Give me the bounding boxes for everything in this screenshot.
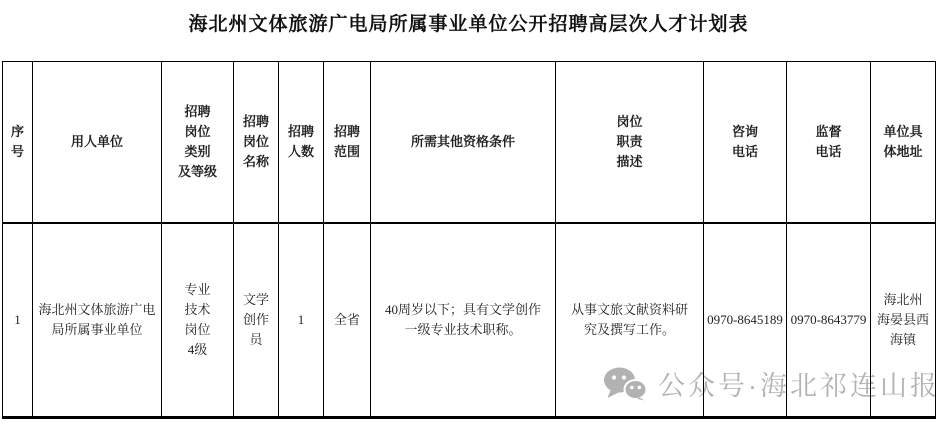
col-header-post-name: 招聘 岗位 名称 <box>234 62 279 223</box>
page-title: 海北州文体旅游广电局所属事业单位公开招聘高层次人才计划表 <box>0 9 937 36</box>
col-header-serial-number: 序 号 <box>3 62 33 223</box>
cell-post-category-grade: 专业 技术 岗位 4级 <box>162 223 234 418</box>
document-page: 海北州文体旅游广电局所属事业单位公开招聘高层次人才计划表 序 号 用人单位 招聘… <box>0 0 937 424</box>
cell-recruit-scope: 全省 <box>324 223 371 418</box>
col-header-supervision-phone: 监督 电话 <box>787 62 871 223</box>
cell-unit-address: 海北州 海晏县西 海镇 <box>871 223 936 418</box>
cell-post-name: 文学 创作 员 <box>234 223 279 418</box>
col-header-recruit-scope: 招聘 范围 <box>324 62 371 223</box>
cell-job-duties: 从事文旅文献资料研 究及撰写工作。 <box>556 223 704 418</box>
col-header-unit-address: 单位具 体地址 <box>871 62 936 223</box>
cell-other-qualifications: 40周岁以下；具有文学创作 一级专业技术职称。 <box>371 223 556 418</box>
recruitment-plan-table: 序 号 用人单位 招聘 岗位 类别 及等级 招聘 岗位 名称 招聘 人数 招聘 … <box>2 61 936 419</box>
table-row: 1 海北州文体旅游广电 局所属事业单位 专业 技术 岗位 4级 文学 创作 员 … <box>3 223 936 418</box>
cell-serial-number: 1 <box>3 223 33 418</box>
col-header-headcount: 招聘 人数 <box>279 62 324 223</box>
table-header-row: 序 号 用人单位 招聘 岗位 类别 及等级 招聘 岗位 名称 招聘 人数 招聘 … <box>3 62 936 223</box>
col-header-employer: 用人单位 <box>33 62 162 223</box>
col-header-inquiry-phone: 咨询 电话 <box>704 62 787 223</box>
cell-employer: 海北州文体旅游广电 局所属事业单位 <box>33 223 162 418</box>
cell-supervision-phone: 0970-8643779 <box>787 223 871 418</box>
cell-headcount: 1 <box>279 223 324 418</box>
col-header-other-qualifications: 所需其他资格条件 <box>371 62 556 223</box>
cell-inquiry-phone: 0970-8645189 <box>704 223 787 418</box>
col-header-job-duties: 岗位 职责 描述 <box>556 62 704 223</box>
col-header-post-category-grade: 招聘 岗位 类别 及等级 <box>162 62 234 223</box>
